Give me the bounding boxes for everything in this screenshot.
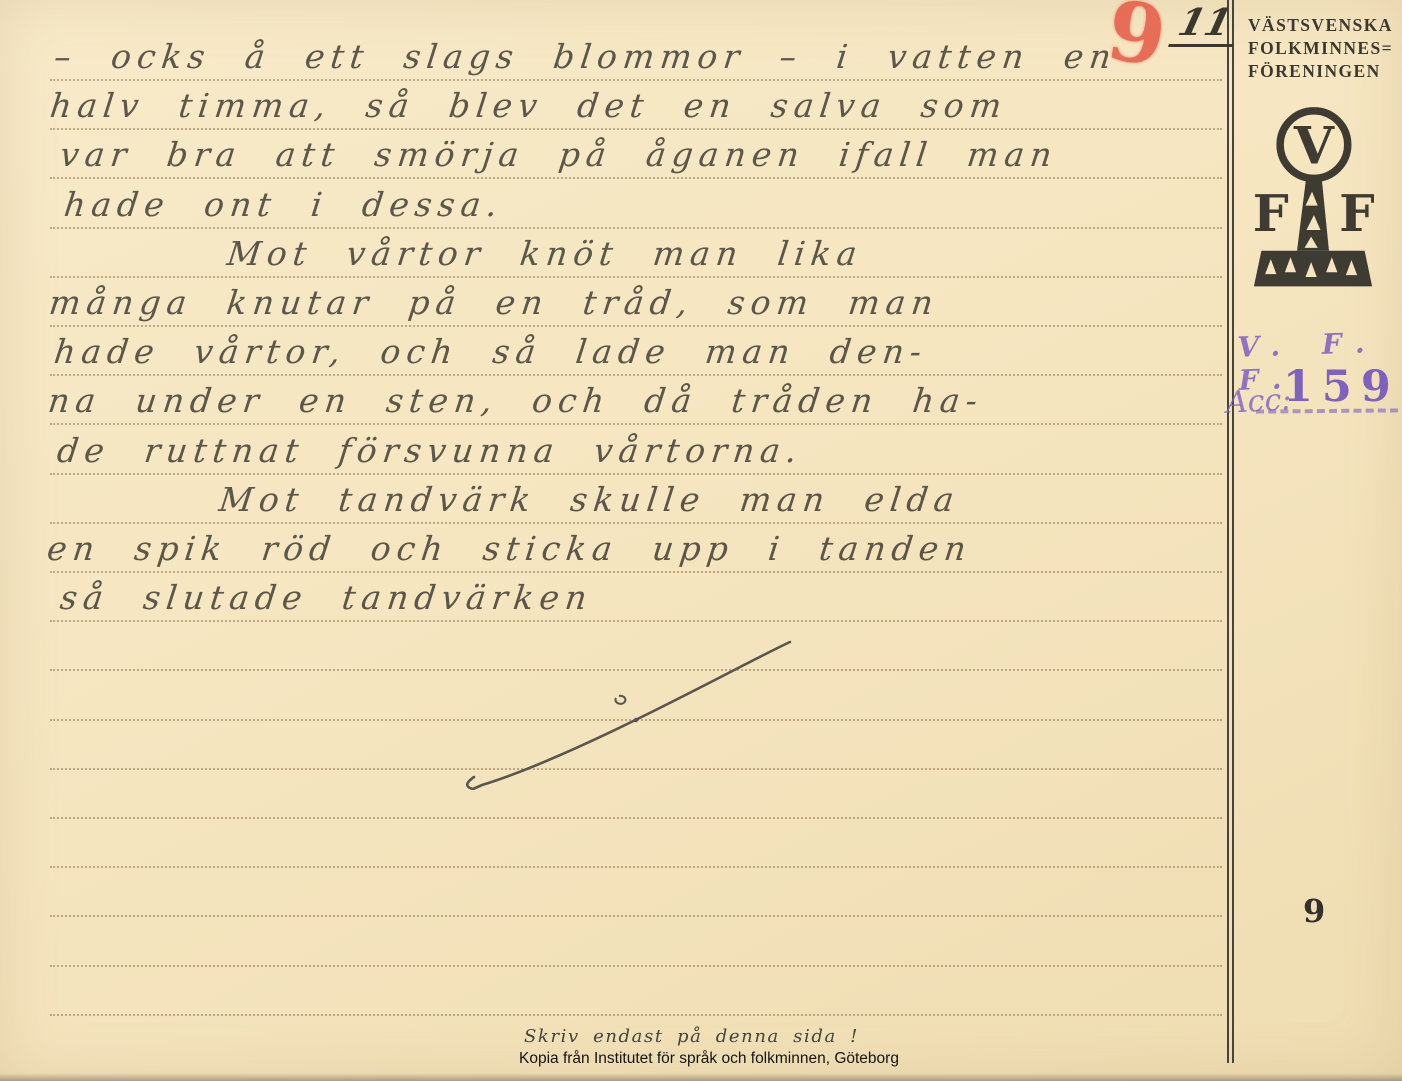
ruled-line [50, 1014, 1222, 1016]
footer-instruction: Skriv endast på denna sida ! [524, 1026, 859, 1047]
ruled-line [50, 276, 1222, 278]
ruled-line [50, 522, 1222, 524]
red-crayon-mark: 9 [1101, 0, 1172, 86]
footer-copy-note: Kopia från Institutet för språk och folk… [519, 1050, 899, 1068]
handwriting-line: en spik röd och sticka upp i tanden [45, 529, 974, 568]
handwriting-line: hade vårtor, och så lade man den- [52, 332, 930, 371]
handwriting-line: – ocks å ett slags blommor – i vatten en [52, 37, 1119, 76]
handwriting-line: många knutar på en tråd, som man [47, 283, 941, 322]
page-number: 9 [1303, 892, 1325, 930]
organization-header: VÄSTSVENSKA FOLKMINNES= FÖRENINGEN [1248, 14, 1400, 83]
flourish-icon [440, 625, 810, 790]
document-scan: – ocks å ett slags blommor – i vatten en… [0, 0, 1402, 1081]
ruled-line [50, 79, 1222, 81]
ruled-line [50, 965, 1222, 967]
stamp-underline [1256, 408, 1398, 413]
handwriting-line: så slutade tandvärken [58, 578, 595, 617]
handwriting-line: na under en sten, och då tråden ha- [46, 381, 985, 420]
handwriting-line: hade ont i dessa. [62, 185, 505, 224]
logo-letter-f-right: F [1339, 183, 1374, 243]
ruled-line [50, 128, 1222, 130]
ruled-line [50, 325, 1222, 327]
ruled-line [50, 473, 1222, 475]
ruled-line [50, 817, 1222, 819]
thors-hammer-icon: V F F [1252, 92, 1374, 324]
ruled-line [50, 227, 1222, 229]
ruled-line [50, 866, 1222, 868]
logo-letter-v: V [1293, 116, 1335, 176]
organization-header-line1: VÄSTSVENSKA [1248, 14, 1400, 37]
ruled-line [50, 620, 1222, 622]
ruled-line [50, 374, 1222, 376]
organization-header-line3: FÖRENINGEN [1248, 60, 1400, 83]
ruled-line [50, 915, 1222, 917]
logo-letter-f-left: F [1253, 183, 1289, 243]
margin-divider-rule [1227, 0, 1234, 1063]
handwriting-line: var bra att smörja på åganen ifall man [58, 135, 1060, 174]
handwriting-line: Mot tandvärk skulle man elda [217, 480, 962, 519]
ruled-line [50, 423, 1222, 425]
stamp-acc-number: 1593 [1283, 362, 1402, 412]
handwriting-line: Mot vårtor knöt man lika [225, 234, 865, 273]
organization-header-line2: FOLKMINNES= [1248, 37, 1400, 60]
handwritten-sheet-number: 11 [1168, 0, 1243, 47]
ruled-line [50, 177, 1222, 179]
scan-bottom-edge [0, 1073, 1402, 1081]
handwriting-line: de ruttnat försvunna vårtorna. [55, 431, 805, 470]
vff-thors-hammer-logo: V F F [1252, 92, 1374, 329]
ruled-line [50, 571, 1222, 573]
handwriting-line: halv timma, så blev det en salva som [48, 86, 1010, 125]
end-flourish-stroke [440, 625, 810, 795]
